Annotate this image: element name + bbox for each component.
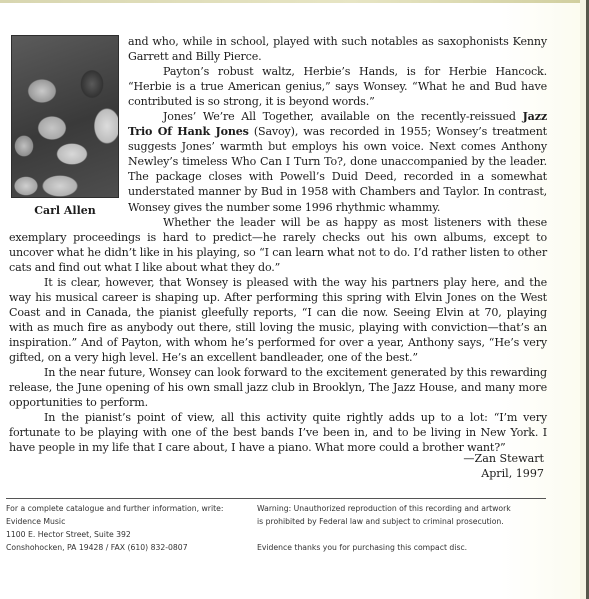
street-address: 1100 E. Hector Street, Suite 392 xyxy=(6,528,251,541)
author-name: —Zan Stewart xyxy=(463,451,544,466)
paragraph-text: Jones’ We’re All Together, available on … xyxy=(163,110,523,123)
company-name: Evidence Music xyxy=(6,515,251,528)
paragraph-text: (Savoy), was recorded in 1955; Wonsey’s … xyxy=(128,125,547,213)
thanks-note: Evidence thanks you for purchasing this … xyxy=(257,541,547,554)
footer-divider xyxy=(6,498,546,499)
paragraph-text: It is clear, however, that Wonsey is ple… xyxy=(9,276,547,364)
paragraph-7: In the pianist’s point of view, all this… xyxy=(9,410,547,455)
paragraph-6: In the near future, Wonsey can look forw… xyxy=(9,365,547,410)
article-date: April, 1997 xyxy=(463,466,544,481)
paragraph-text: Payton’s robust waltz, Herbie’s Hands, i… xyxy=(128,65,547,108)
paragraph-text: and who, while in school, played with su… xyxy=(128,35,547,63)
city-and-fax: Conshohocken, PA 19428 / FAX (610) 832-0… xyxy=(6,541,251,554)
paragraph-5: It is clear, however, that Wonsey is ple… xyxy=(9,275,547,365)
footer-spacer xyxy=(257,528,547,541)
warning-line-1: Warning: Unauthorized reproduction of th… xyxy=(257,502,547,515)
page-top-edge xyxy=(0,0,589,3)
author-signoff: —Zan Stewart April, 1997 xyxy=(463,451,544,481)
contact-intro: For a complete catalogue and further inf… xyxy=(6,502,251,515)
warning-line-2: is prohibited by Federal law and subject… xyxy=(257,515,547,528)
liner-notes-page: and who, while in school, played with su… xyxy=(0,0,589,599)
paragraph-text: In the near future, Wonsey can look forw… xyxy=(9,366,547,409)
footer-contact: For a complete catalogue and further inf… xyxy=(6,502,251,554)
paragraph-text: In the pianist’s point of view, all this… xyxy=(9,411,547,454)
footer-legal: Warning: Unauthorized reproduction of th… xyxy=(257,502,547,554)
photo-caption: Carl Allen xyxy=(11,204,119,217)
drummer-photo xyxy=(11,35,119,198)
